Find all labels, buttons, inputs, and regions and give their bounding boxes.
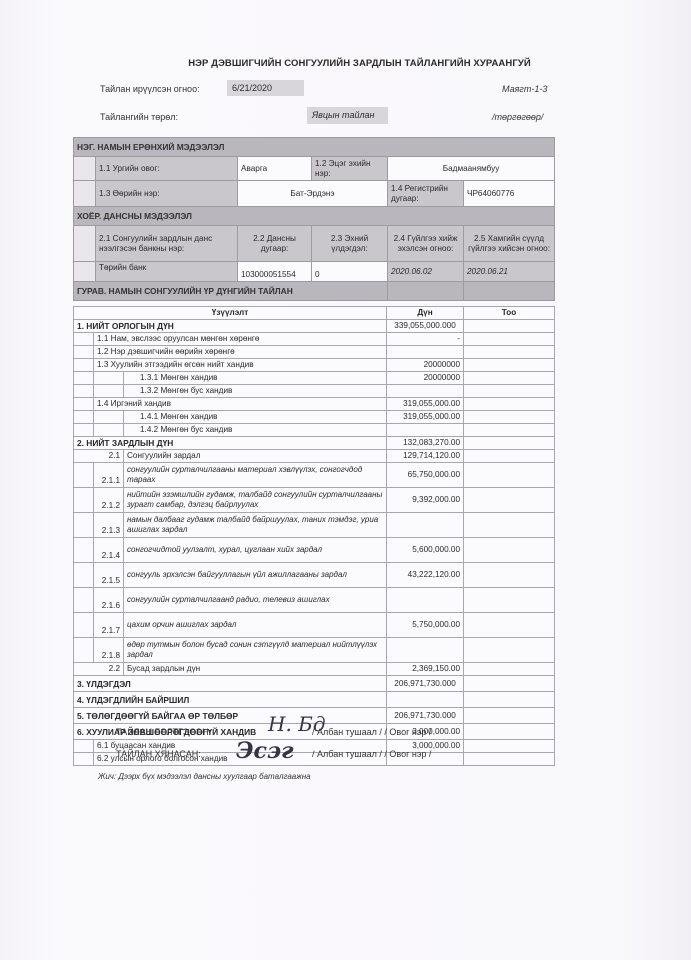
report-type-label: Тайлангийн төрөл: xyxy=(100,112,178,122)
row-count xyxy=(464,333,555,346)
report-type-note: /төргөгөөр/ xyxy=(492,112,543,122)
row-label: 3. ҮЛДЭГДЭЛ xyxy=(74,676,387,692)
row-label: 1. НИЙТ ОРЛОГЫН ДҮН xyxy=(74,320,387,333)
blank-cell xyxy=(74,226,96,262)
row-amount: 319,055,000.00 xyxy=(387,398,464,411)
first-transaction-header: 2.4 Гүйлгээ хийж эхэлсэн огноо: xyxy=(388,226,464,262)
count-column-header: Тоо xyxy=(464,307,555,320)
surname-value: Аварга xyxy=(238,157,312,181)
submitted-date-value: 6/21/2020 xyxy=(227,80,304,96)
row-number: 2.1.6 xyxy=(94,588,124,613)
account-number-header: 2.2 Дансны дугаар: xyxy=(238,226,312,262)
blank-cell xyxy=(74,538,94,563)
first-transaction-value: 2020.06.02 xyxy=(388,262,464,282)
blank-cell xyxy=(94,372,124,385)
row-label: 1.3 Хуулийн этгээдийн өгсөн нийт хандив xyxy=(94,359,387,372)
blank-cell xyxy=(74,398,94,411)
row-count xyxy=(464,411,555,424)
reviewed-by-label: ТАЙЛАН ХЯНАСАН: xyxy=(116,749,201,759)
table-row: 2.1.4сонгогчидтой уулзалт, хурал, цуглаа… xyxy=(74,538,555,563)
table-row: 2.1.3намын далбааг гудамж талбайд байршу… xyxy=(74,513,555,538)
row-count xyxy=(464,424,555,437)
form-code: Маягт-1-3 xyxy=(502,84,547,94)
father-name-label: 1.2 Эцэг эхийн нэр: xyxy=(312,157,388,181)
blank-cell xyxy=(74,563,94,588)
blank-cell xyxy=(74,346,94,359)
row-number: 2.1.8 xyxy=(94,638,124,663)
row-label: сонгуулийн сурталчилгааны материал хэвлү… xyxy=(124,463,387,488)
row-amount xyxy=(387,588,464,613)
row-count xyxy=(464,320,555,333)
table-row: 2.1.1сонгуулийн сурталчилгааны материал … xyxy=(74,463,555,488)
row-amount: 206,971,730.000 xyxy=(387,676,464,692)
row-count xyxy=(464,692,555,708)
row-amount: 339,055,000.000 xyxy=(387,320,464,333)
bank-name-header: 2.1 Сонгуулийн зардлын данс нээлгэсэн ба… xyxy=(96,226,238,262)
blank-cell xyxy=(74,753,94,766)
blank-cell xyxy=(74,181,96,207)
row-label: 1.4 Иргэний хандив xyxy=(94,398,387,411)
row-number: 2.1.5 xyxy=(94,563,124,588)
row-label: 1.3.2 Мөнгөн бус хандив xyxy=(124,385,387,398)
row-number: 2.1.2 xyxy=(94,488,124,513)
opening-balance-value: 0 xyxy=(312,262,388,282)
blank-cell xyxy=(74,663,94,676)
amount-column-header: Дүн xyxy=(387,307,464,320)
row-amount: 65,750,000.00 xyxy=(387,463,464,488)
row-amount: - xyxy=(387,333,464,346)
blank-cell xyxy=(74,411,94,424)
row-count xyxy=(464,753,555,766)
blank-cell xyxy=(74,613,94,638)
table-row: 2.1.5сонгууль эрхэлсэн байгууллагын үйл … xyxy=(74,563,555,588)
section3-heading: ГУРАВ. НАМЫН СОНГУУЛИЙН ҮР ДҮНГИЙН ТАЙЛА… xyxy=(74,282,388,301)
blank-cell xyxy=(74,638,94,663)
row-label: намын далбааг гудамж талбайд байршуулах,… xyxy=(124,513,387,538)
row-count xyxy=(464,740,555,753)
blank-cell xyxy=(74,450,94,463)
row-label: цахим орчин ашиглах зардал xyxy=(124,613,387,638)
table-row: 1.3.1 Мөнгөн хандив20000000 xyxy=(74,372,555,385)
blank-cell xyxy=(74,372,94,385)
table-row: 3. ҮЛДЭГДЭЛ206,971,730.000 xyxy=(74,676,555,692)
register-label: 1.4 Регистрийн дугаар: xyxy=(388,181,464,207)
row-count xyxy=(464,450,555,463)
row-number: 2.2 xyxy=(94,663,124,676)
last-transaction-value: 2020.06.21 xyxy=(464,262,555,282)
row-amount xyxy=(387,385,464,398)
row-label: 1.2 Нэр дэвшигчийн өөрийн хөрөнгө xyxy=(94,346,387,359)
row-count xyxy=(464,488,555,513)
blank-cell xyxy=(74,359,94,372)
blank-cell xyxy=(74,588,94,613)
table-row: 2. НИЙТ ЗАРДЛЫН ДҮН132,083,270.00 xyxy=(74,437,555,450)
table-row: 1.4.1 Мөнгөн хандив319,055,000.00 xyxy=(74,411,555,424)
account-number-value: 103000051554 xyxy=(238,262,312,282)
table-row: 2.1.7цахим орчин ашиглах зардал5,750,000… xyxy=(74,613,555,638)
row-amount xyxy=(387,346,464,359)
row-amount: 206,971,730.000 xyxy=(387,708,464,724)
blank-cell xyxy=(94,424,124,437)
row-count xyxy=(464,538,555,563)
row-amount xyxy=(387,638,464,663)
row-count xyxy=(464,663,555,676)
row-label: 1.1 Нам, эвслээс оруулсан мөнгөн хөрөнгө xyxy=(94,333,387,346)
row-label: 2. НИЙТ ЗАРДЛЫН ДҮН xyxy=(74,437,387,450)
given-name-label: 1.3 Өөрийн нэр: xyxy=(96,181,238,207)
row-count xyxy=(464,676,555,692)
row-amount: 20000000 xyxy=(387,359,464,372)
item-column-header: Үзүүлэлт xyxy=(74,307,387,320)
blank-cell xyxy=(94,411,124,424)
reviewed-role: / Албан тушаал / / Овог нэр / xyxy=(312,749,431,759)
row-number: 2.1.1 xyxy=(94,463,124,488)
row-count xyxy=(464,513,555,538)
row-amount: 9,392,000.00 xyxy=(387,488,464,513)
row-count xyxy=(464,385,555,398)
row-label: 1.3.1 Мөнгөн хандив xyxy=(124,372,387,385)
table-row: 2.1Сонгуулийн зардал129,714,120.00 xyxy=(74,450,555,463)
row-amount: 132,083,270.00 xyxy=(387,437,464,450)
section1-heading: НЭГ. НАМЫН ЕРӨНХИЙ МЭДЭЭЛЭЛ xyxy=(74,138,555,157)
opening-balance-header: 2.3 Эхний үлдэгдэл: xyxy=(312,226,388,262)
table-row: 2.1.6сонгуулийн сурталчилгаанд радио, те… xyxy=(74,588,555,613)
results-table: Үзүүлэлт Дүн Тоо 1. НИЙТ ОРЛОГЫН ДҮН339,… xyxy=(73,306,555,766)
row-number: 2.1 xyxy=(94,450,124,463)
row-amount xyxy=(387,692,464,708)
row-count xyxy=(464,563,555,588)
blank-cell xyxy=(74,385,94,398)
blank-cell xyxy=(74,262,96,282)
row-amount xyxy=(387,513,464,538)
row-count xyxy=(464,463,555,488)
table-row: 1.3.2 Мөнгөн бус хандив xyxy=(74,385,555,398)
blank-cell xyxy=(74,740,94,753)
row-amount: 2,369,150.00 xyxy=(387,663,464,676)
blank-cell xyxy=(74,488,94,513)
row-amount: 5,600,000.00 xyxy=(387,538,464,563)
row-label: сонгогчидтой уулзалт, хурал, цуглаан хий… xyxy=(124,538,387,563)
surname-label: 1.1 Ургийн овог: xyxy=(96,157,238,181)
table-row: 1.4 Иргэний хандив319,055,000.00 xyxy=(74,398,555,411)
section2-heading: ХОЁР. ДАНСНЫ МЭДЭЭЛЭЛ xyxy=(74,207,555,226)
given-name-value: Бат-Эрдэнэ xyxy=(238,181,388,207)
row-label: Сонгуулийн зардал xyxy=(124,450,387,463)
row-label: нийтийн эзэмшлийн гудамж, талбайд сонгуу… xyxy=(124,488,387,513)
table-row: 1.3 Хуулийн этгээдийн өгсөн нийт хандив2… xyxy=(74,359,555,372)
table-row: 2.1.8өдөр тутмын болон бусад сонин сэтгү… xyxy=(74,638,555,663)
register-value: ЧР64060776 xyxy=(464,181,555,207)
row-amount: 5,750,000.00 xyxy=(387,613,464,638)
report-type-value: Явцын тайлан xyxy=(307,107,388,124)
row-count xyxy=(464,398,555,411)
table-row: 2.2Бусад зардлын дүн2,369,150.00 xyxy=(74,663,555,676)
blank-cell xyxy=(74,513,94,538)
scanned-page: НЭР ДЭВШИГЧИЙН СОНГУУЛИЙН ЗАРДЛЫН ТАЙЛАН… xyxy=(0,0,691,960)
row-count xyxy=(464,346,555,359)
row-amount: 319,055,000.00 xyxy=(387,411,464,424)
row-label: өдөр тутмын болон бусад сонин сэтгүүлд м… xyxy=(124,638,387,663)
prepared-by-label: ТАЙЛАН БЭЛТГЭСЭН: xyxy=(116,727,211,737)
row-amount xyxy=(387,424,464,437)
row-label: сонгууль эрхэлсэн байгууллагын үйл ажилл… xyxy=(124,563,387,588)
father-name-value: Бадмаанямбуу xyxy=(388,157,555,181)
table-row: 1.1 Нам, эвслээс оруулсан мөнгөн хөрөнгө… xyxy=(74,333,555,346)
row-number: 2.1.4 xyxy=(94,538,124,563)
row-number: 2.1.7 xyxy=(94,613,124,638)
row-label: 4. ҮЛДЭГДЛИЙН БАЙРШИЛ xyxy=(74,692,387,708)
prepared-role: / Албан тушаал / / Овог нэр / xyxy=(312,727,431,737)
table-row: 2.1.2нийтийн эзэмшлийн гудамж, талбайд с… xyxy=(74,488,555,513)
footnote: Жич: Дээрх бүх мэдээлэл дансны хуулгаар … xyxy=(98,772,311,781)
bank-name-value: Төрийн банк xyxy=(96,262,238,282)
row-count xyxy=(464,724,555,740)
blank-cell xyxy=(74,463,94,488)
document-title: НЭР ДЭВШИГЧИЙН СОНГУУЛИЙН ЗАРДЛЫН ТАЙЛАН… xyxy=(0,58,691,69)
blank-cell xyxy=(464,282,555,301)
row-amount: 129,714,120.00 xyxy=(387,450,464,463)
row-count xyxy=(464,588,555,613)
table-row: 4. ҮЛДЭГДЛИЙН БАЙРШИЛ xyxy=(74,692,555,708)
reviewed-signature: Эсэг xyxy=(236,738,293,764)
row-label: сонгуулийн сурталчилгаанд радио, телевиз… xyxy=(124,588,387,613)
blank-cell xyxy=(74,333,94,346)
row-number: 2.1.3 xyxy=(94,513,124,538)
blank-cell xyxy=(74,157,96,181)
row-count xyxy=(464,372,555,385)
row-amount: 20000000 xyxy=(387,372,464,385)
row-amount: 43,222,120.00 xyxy=(387,563,464,588)
submitted-date-label: Тайлан ирүүлсэн огноо: xyxy=(100,84,200,94)
table-row: 1.2 Нэр дэвшигчийн өөрийн хөрөнгө xyxy=(74,346,555,359)
row-count xyxy=(464,437,555,450)
last-transaction-header: 2.5 Хамгийн сүүлд гүйлгээ хийсэн огноо: xyxy=(464,226,555,262)
blank-cell xyxy=(74,424,94,437)
row-label: 5. ТӨЛӨГДӨӨГҮЙ БАЙГАА ӨР ТӨЛБӨР xyxy=(74,708,387,724)
blank-cell xyxy=(388,282,464,301)
general-info-table: НЭГ. НАМЫН ЕРӨНХИЙ МЭДЭЭЛЭЛ 1.1 Ургийн о… xyxy=(73,137,555,301)
row-count xyxy=(464,613,555,638)
row-label: 1.4.1 Мөнгөн хандив xyxy=(124,411,387,424)
row-count xyxy=(464,359,555,372)
row-label: 1.4.2 Мөнгөн бус хандив xyxy=(124,424,387,437)
blank-cell xyxy=(94,385,124,398)
row-label: Бусад зардлын дүн xyxy=(124,663,387,676)
table-row: 1.4.2 Мөнгөн бус хандив xyxy=(74,424,555,437)
row-count xyxy=(464,708,555,724)
row-count xyxy=(464,638,555,663)
table-row: 1. НИЙТ ОРЛОГЫН ДҮН339,055,000.000 xyxy=(74,320,555,333)
